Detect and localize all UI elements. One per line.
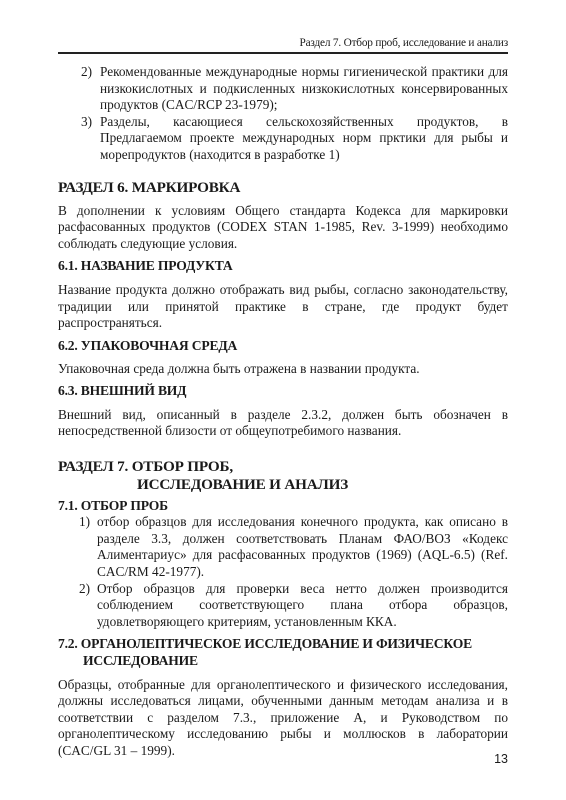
section-7-1-heading: 7.1. ОТБОР ПРОБ	[58, 498, 508, 515]
section-7-2-heading: 7.2. ОРГАНОЛЕПТИЧЕСКОЕ ИССЛЕДОВАНИЕ И ФИ…	[58, 636, 508, 669]
list-item: 3)Разделы, касающиеся сельскохозяйственн…	[58, 114, 508, 164]
intro-list: 2)Рекомендованные международные нормы ги…	[58, 64, 508, 164]
list-text: отбор образцов для исследования конечног…	[97, 514, 508, 579]
list-item: 2)Отбор образцов для проверки веса нетто…	[58, 581, 508, 631]
section-7-heading-line2: ИССЛЕДОВАНИЕ И АНАЛИЗ	[58, 476, 508, 494]
section-6-2-heading: 6.2. УПАКОВОЧНАЯ СРЕДА	[58, 338, 508, 355]
sampling-list: 1)отбор образцов для исследования конечн…	[58, 514, 508, 630]
section-6-3-heading: 6.3. ВНЕШНИЙ ВИД	[58, 383, 508, 400]
section-6-3-body: Внешний вид, описанный в разделе 2.3.2, …	[58, 407, 508, 440]
header-rule	[58, 52, 508, 54]
section-6-2-body: Упаковочная среда должна быть отражена в…	[58, 361, 508, 378]
list-text: Рекомендованные международные нормы гиги…	[100, 64, 508, 112]
section-6-1-heading: 6.1. НАЗВАНИЕ ПРОДУКТА	[58, 258, 508, 275]
list-text: Разделы, касающиеся сельскохозяйственных…	[100, 114, 508, 162]
list-number: 1)	[79, 514, 90, 531]
list-number: 2)	[81, 64, 92, 81]
list-text: Отбор образцов для проверки веса нетто д…	[97, 581, 508, 629]
section-6-body: В дополнении к условиям Общего стандарта…	[58, 203, 508, 253]
section-7-heading-line1: РАЗДЕЛ 7. ОТБОР ПРОБ,	[58, 458, 233, 475]
section-6-heading: РАЗДЕЛ 6. МАРКИРОВКА	[58, 179, 508, 197]
list-number: 3)	[81, 114, 92, 131]
running-head: Раздел 7. Отбор проб, исследование и ана…	[300, 37, 508, 49]
page-number: 13	[494, 752, 508, 766]
list-item: 2)Рекомендованные международные нормы ги…	[58, 64, 508, 114]
section-6-1-body: Название продукта должно отображать вид …	[58, 282, 508, 332]
list-item: 1)отбор образцов для исследования конечн…	[58, 514, 508, 580]
section-7-2-body: Образцы, отобранные для органолептическо…	[58, 677, 508, 760]
page-content: 2)Рекомендованные международные нормы ги…	[58, 64, 508, 760]
list-number: 2)	[79, 581, 90, 598]
section-7-heading: РАЗДЕЛ 7. ОТБОР ПРОБ, ИССЛЕДОВАНИЕ И АНА…	[58, 458, 508, 494]
